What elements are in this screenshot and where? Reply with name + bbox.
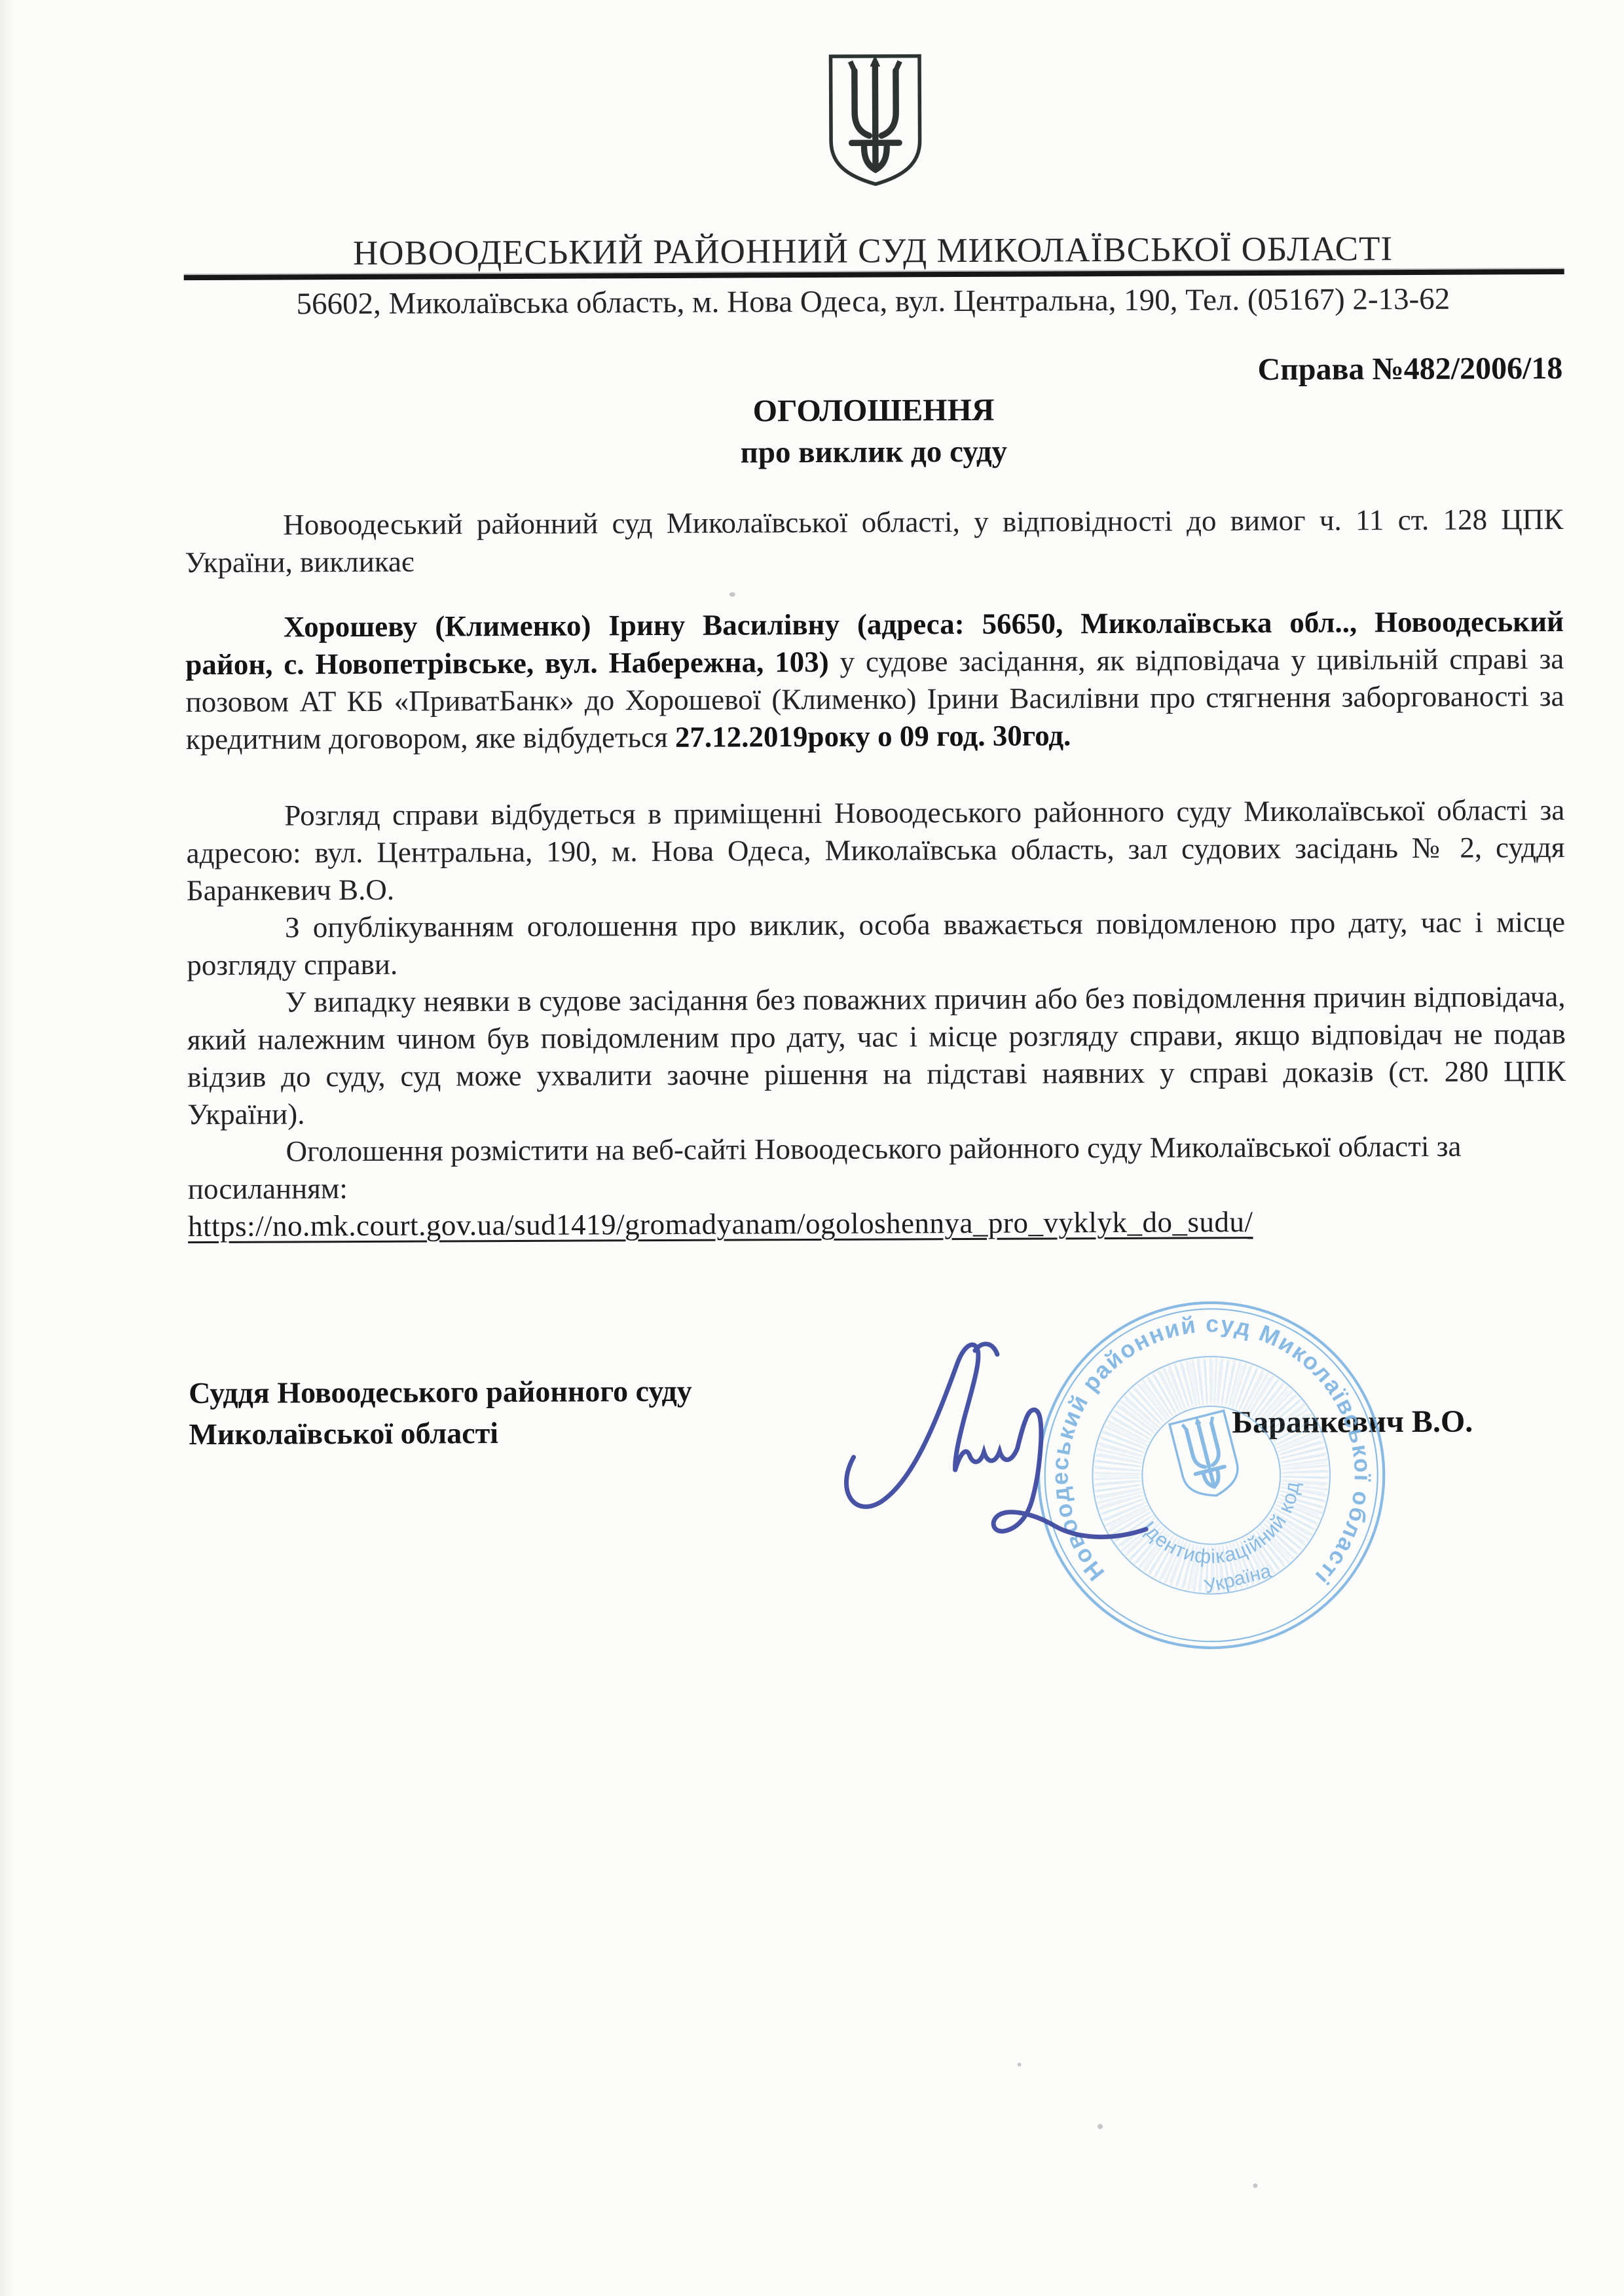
announcement-title: ОГОЛОШЕННЯ [185, 390, 1563, 431]
court-name-heading: НОВООДЕСЬКИЙ РАЙОННИЙ СУД МИКОЛАЇВСЬКОЇ … [183, 228, 1562, 274]
paragraph-summons: Хорошеву (Клименко) Ірину Василівну (адр… [185, 603, 1564, 758]
case-number: Справа №482/2006/18 [184, 350, 1562, 392]
judge-title-block: Суддя Новоодеського районного суду Микол… [189, 1370, 692, 1455]
paragraph-intro: Новоодеський районний суд Миколаївської … [185, 501, 1563, 581]
document-body: Новоодеський районний суд Миколаївської … [185, 501, 1566, 1245]
summons-datetime-bold: 27.12.2019року о 09 год. 30год. [675, 719, 1071, 754]
stamp-trident-icon [1170, 1410, 1244, 1503]
judge-title-line2: Миколаївської області [189, 1412, 692, 1455]
scan-speck [1018, 2063, 1022, 2067]
scan-speck [729, 592, 735, 597]
paragraph-absence-warning: У випадку неявки в судове засідання без … [187, 978, 1566, 1133]
document-content: НОВООДЕСЬКИЙ РАЙОННИЙ СУД МИКОЛАЇВСЬКОЇ … [0, 0, 1624, 2296]
court-address-line: 56602, Миколаївська область, м. Нова Оде… [184, 281, 1562, 322]
paragraph-hearing-location: Розгляд справи відбудеться в приміщенні … [186, 792, 1565, 909]
paragraph-url: https://no.mk.court.gov.ua/sud1419/groma… [188, 1202, 1566, 1245]
scan-speck [1253, 2183, 1257, 2188]
scan-speck [1098, 2124, 1103, 2129]
paragraph-publication-note: З опублікуванням оголошення про виклик, … [187, 903, 1565, 984]
announcement-subtitle: про виклик до суду [185, 431, 1563, 473]
judge-title-line1: Суддя Новоодеського районного суду [189, 1370, 692, 1413]
coat-of-arms-trident-icon [822, 52, 928, 189]
judge-signature-ink [828, 1313, 1177, 1563]
website-url-link[interactable]: https://no.mk.court.gov.ua/sud1419/groma… [188, 1205, 1253, 1243]
paragraph-website-note: Оголошення розмістити на веб-сайті Новоо… [187, 1127, 1566, 1208]
scanned-court-document-page: НОВООДЕСЬКИЙ РАЙОННИЙ СУД МИКОЛАЇВСЬКОЇ … [0, 0, 1624, 2296]
